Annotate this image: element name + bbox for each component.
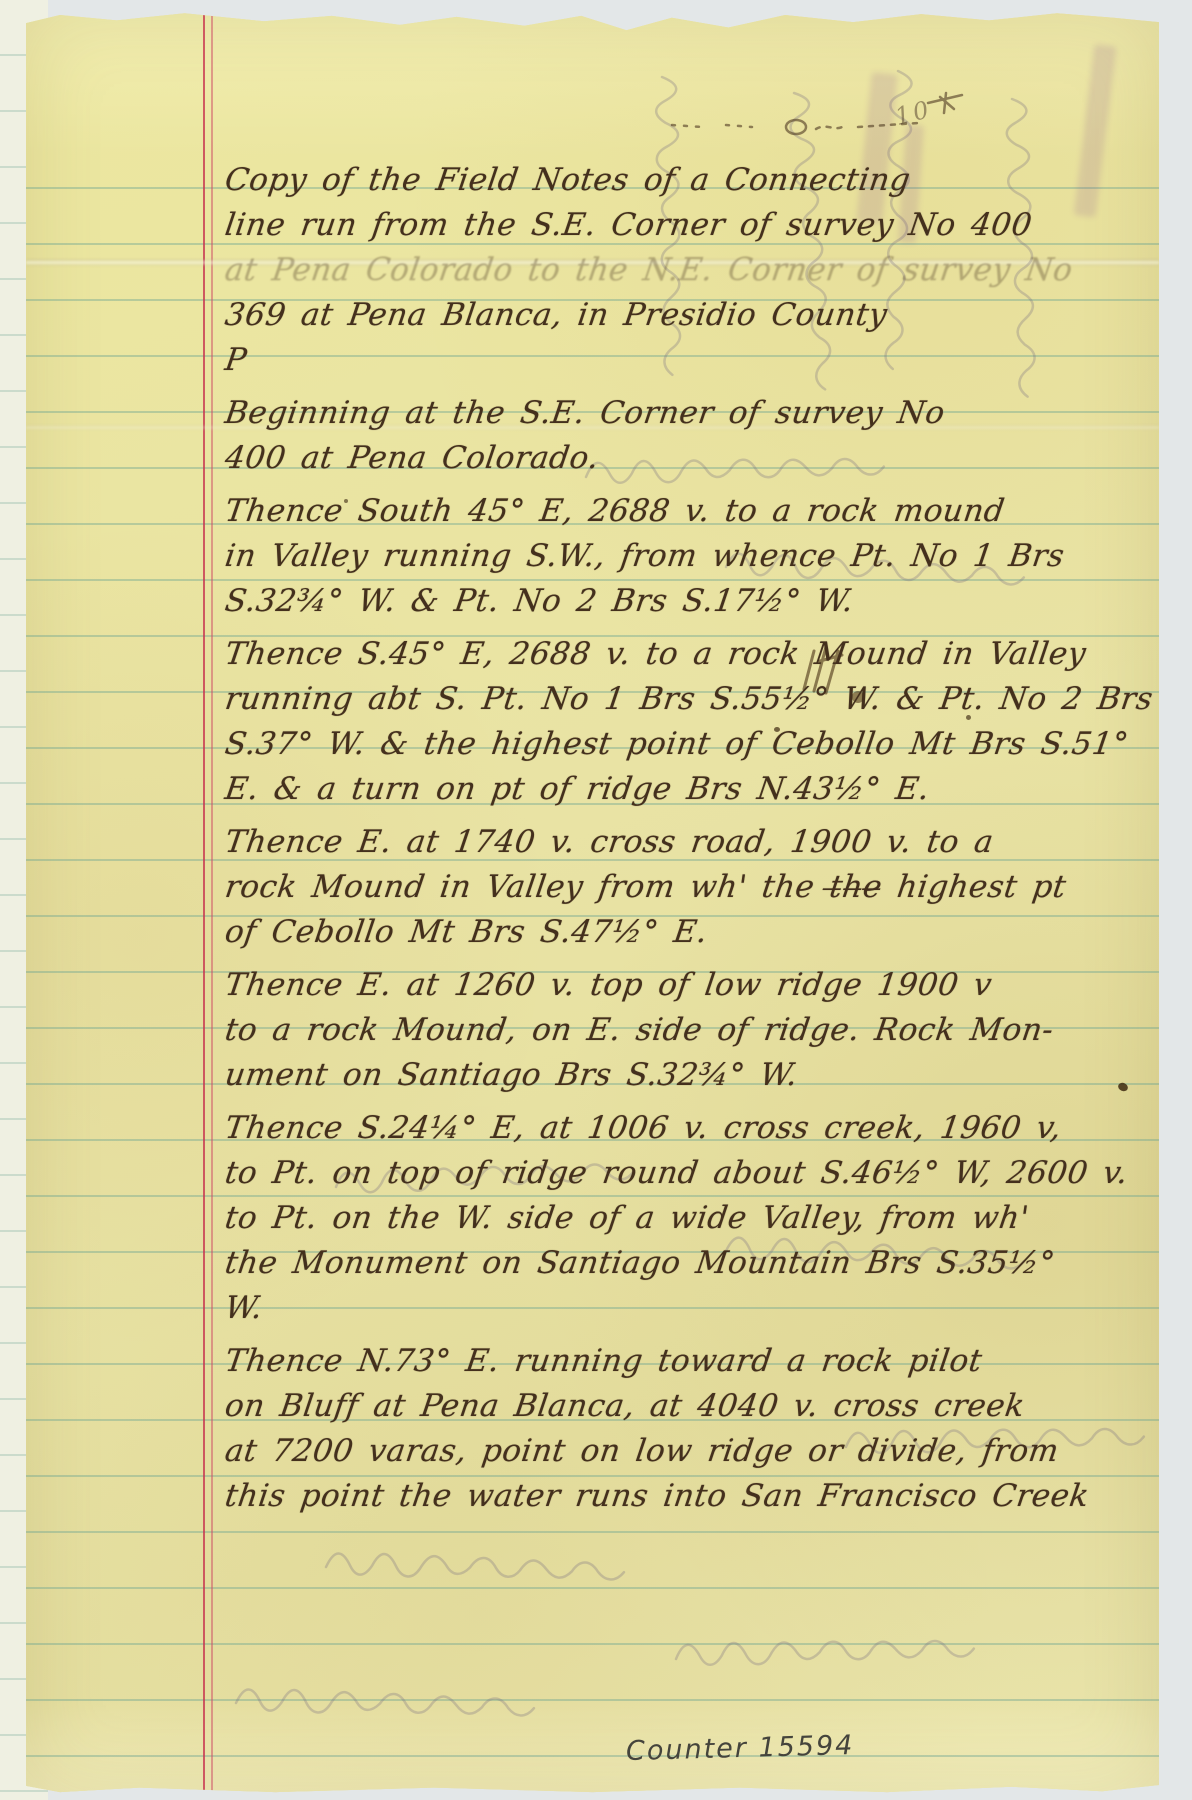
handwritten-line: Thence S.24¼° E, at 1006 v. cross creek,… <box>212 1106 1151 1151</box>
handwritten-line: 369 at Pena Blanca, in Presidio County <box>212 293 1151 338</box>
paragraph: Beginning at the S.E. Corner of survey N… <box>212 391 1145 481</box>
handwritten-line: Beginning at the S.E. Corner of survey N… <box>212 391 1151 436</box>
handwritten-line: the Monument on Santiago Mountain Brs S.… <box>212 1241 1151 1286</box>
paragraph: Thence S.24¼° E, at 1006 v. cross creek,… <box>212 1106 1145 1331</box>
handwritten-line: W. <box>212 1286 1151 1331</box>
scan-background: { "document": { "kind": "handwritten sur… <box>0 0 1192 1800</box>
manuscript-page: 10 Copy of the Field Notes of a Connecti… <box>26 7 1159 1793</box>
paragraph: Thence N.73° E. running toward a rock pi… <box>212 1339 1145 1519</box>
handwritten-line: at 7200 varas, point on low ridge or div… <box>212 1429 1151 1474</box>
handwritten-line: Thence S.45° E, 2688 v. to a rock Mound … <box>212 632 1151 677</box>
paragraph: Thence E. at 1740 v. cross road, 1900 v.… <box>212 820 1145 955</box>
handwritten-line: ument on Santiago Brs S.32¾° W. <box>212 1053 1151 1098</box>
handwritten-line: this point the water runs into San Franc… <box>212 1474 1151 1519</box>
handwritten-line: Thence South 45° E, 2688 v. to a rock mo… <box>212 489 1151 534</box>
handwritten-line: Thence E. at 1740 v. cross road, 1900 v.… <box>212 820 1151 865</box>
handwritten-line: at Pena Colorado to the N.E. Corner of s… <box>212 248 1151 293</box>
handwritten-line: to Pt. on top of ridge round about S.46½… <box>212 1151 1151 1196</box>
paragraph: Copy of the Field Notes of a Connectingl… <box>212 158 1145 383</box>
paragraph: Thence South 45° E, 2688 v. to a rock mo… <box>212 489 1145 624</box>
handwritten-line: on Bluff at Pena Blanca, at 4040 v. cros… <box>212 1384 1151 1429</box>
paragraph: Thence E. at 1260 v. top of low ridge 19… <box>212 963 1145 1098</box>
pen-scratch-marks <box>666 85 1026 155</box>
handwritten-line: running abt S. Pt. No 1 Brs S.55½° W. & … <box>212 677 1151 722</box>
handwritten-line: E. & a turn on pt of ridge Brs N.43½° E. <box>212 767 1151 812</box>
handwritten-line: line run from the S.E. Corner of survey … <box>212 203 1151 248</box>
handwritten-line: S.32¾° W. & Pt. No 2 Brs S.17½° W. <box>212 579 1151 624</box>
handwritten-line: P <box>212 338 1151 383</box>
paragraph: Thence S.45° E, 2688 v. to a rock Mound … <box>212 632 1145 812</box>
handwritten-line: 400 at Pena Colorado. <box>212 436 1151 481</box>
handwritten-line: rock Mound in Valley from wh' the t̶h̶e̶… <box>212 865 1151 910</box>
handwritten-line: to a rock Mound, on E. side of ridge. Ro… <box>212 1008 1151 1053</box>
handwritten-line: of Cebollo Mt Brs S.47½° E. <box>212 910 1151 955</box>
handwritten-line: to Pt. on the W. side of a wide Valley, … <box>212 1196 1151 1241</box>
handwritten-line: Thence E. at 1260 v. top of low ridge 19… <box>212 963 1151 1008</box>
handwritten-line: Copy of the Field Notes of a Connecting <box>212 158 1151 203</box>
handwritten-line: in Valley running S.W., from whence Pt. … <box>212 534 1151 579</box>
handwritten-line: S.37° W. & the highest point of Cebollo … <box>212 722 1151 767</box>
counter-annotation: Counter 15594 <box>626 1730 855 1767</box>
manuscript-text: Copy of the Field Notes of a Connectingl… <box>212 158 1145 1527</box>
handwritten-line: Thence N.73° E. running toward a rock pi… <box>212 1339 1151 1384</box>
